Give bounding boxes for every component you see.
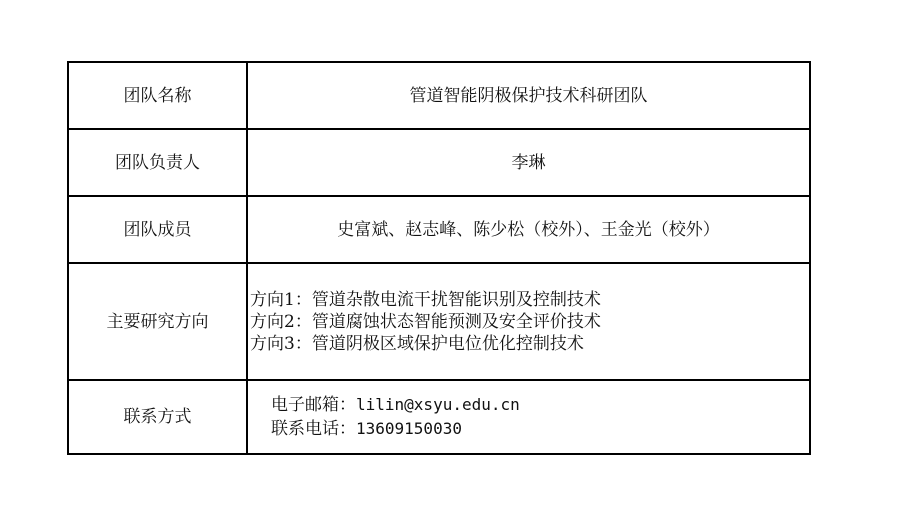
direction-text: 管道阴极区域保护电位优化控制技术 [312,334,584,354]
team-name-value: 管道智能阴极保护技术科研团队 [247,62,810,129]
phone-label: 联系电话： [271,419,356,439]
contact-label: 联系方式 [68,380,247,454]
team-leader-value: 李琳 [247,129,810,196]
research-directions-value: 方向1：管道杂散电流干扰智能识别及控制技术 方向2：管道腐蚀状态智能预测及安全评… [247,263,810,380]
row-research-directions: 主要研究方向 方向1：管道杂散电流干扰智能识别及控制技术 方向2：管道腐蚀状态智… [68,263,810,380]
team-info-table: 团队名称 管道智能阴极保护技术科研团队 团队负责人 李琳 团队成员 史富斌、赵志… [67,61,811,455]
email-address[interactable]: lilin@xsyu.edu.cn [356,395,520,414]
team-members-label: 团队成员 [68,196,247,263]
team-leader-label: 团队负责人 [68,129,247,196]
team-members-value: 史富斌、赵志峰、陈少松（校外）、王金光（校外） [247,196,810,263]
direction-text: 管道腐蚀状态智能预测及安全评价技术 [312,312,601,332]
team-name-label: 团队名称 [68,62,247,129]
research-directions-label: 主要研究方向 [68,263,247,380]
direction-item-3: 方向3：管道阴极区域保护电位优化控制技术 [250,333,809,355]
email-line: 电子邮箱：lilin@xsyu.edu.cn [271,393,809,417]
phone-line: 联系电话：13609150030 [271,417,809,441]
direction-prefix: 方向3： [250,334,312,354]
direction-text: 管道杂散电流干扰智能识别及控制技术 [312,290,601,310]
contact-value: 电子邮箱：lilin@xsyu.edu.cn 联系电话：13609150030 [247,380,810,454]
row-contact: 联系方式 电子邮箱：lilin@xsyu.edu.cn 联系电话：1360915… [68,380,810,454]
phone-number: 13609150030 [356,419,462,438]
email-label: 电子邮箱： [271,395,356,415]
direction-prefix: 方向1： [250,290,312,310]
direction-item-1: 方向1：管道杂散电流干扰智能识别及控制技术 [250,289,809,311]
row-team-members: 团队成员 史富斌、赵志峰、陈少松（校外）、王金光（校外） [68,196,810,263]
direction-prefix: 方向2： [250,312,312,332]
row-team-leader: 团队负责人 李琳 [68,129,810,196]
direction-item-2: 方向2：管道腐蚀状态智能预测及安全评价技术 [250,311,809,333]
row-team-name: 团队名称 管道智能阴极保护技术科研团队 [68,62,810,129]
